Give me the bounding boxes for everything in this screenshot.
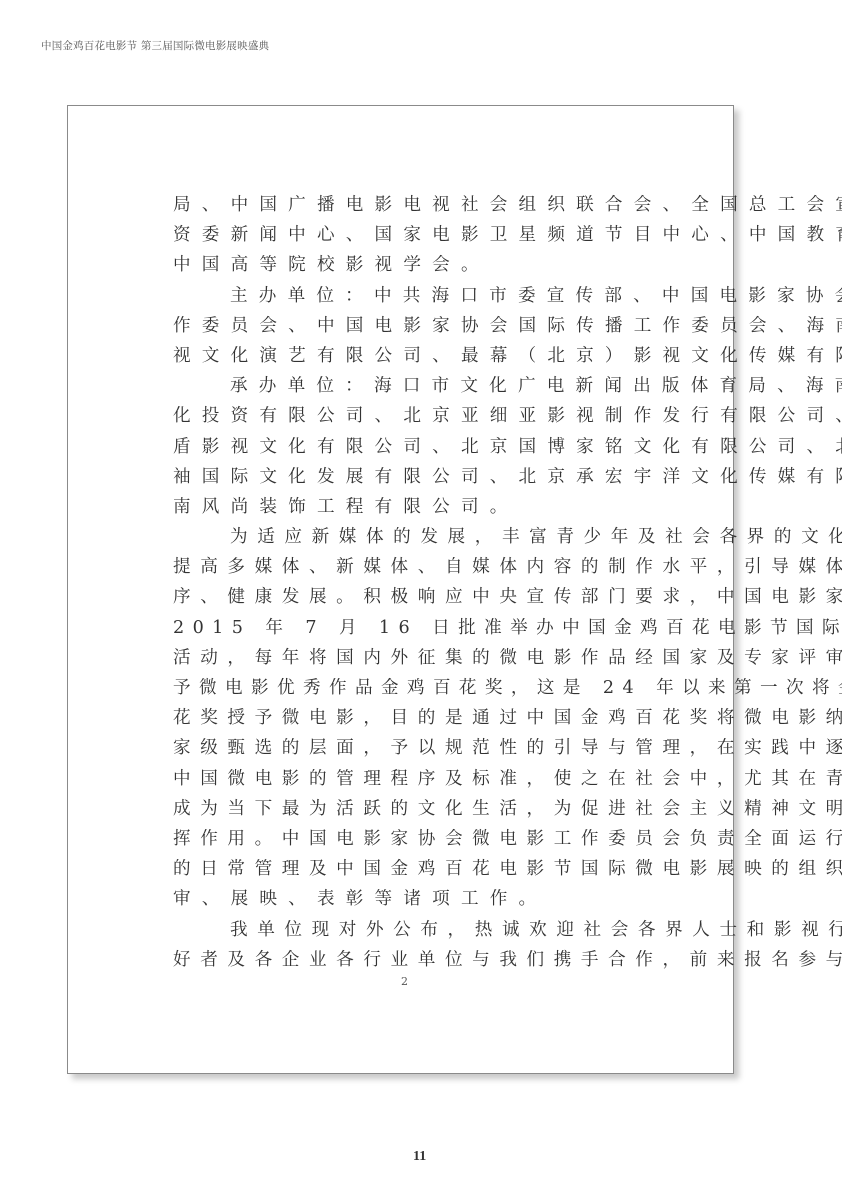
text-line: 中国微电影的管理程序及标准，使之在社会中，尤其在青少年中 [173, 764, 643, 794]
text-line: 成为当下最为活跃的文化生活，为促进社会主义精神文明建设发 [173, 794, 643, 824]
text-line: 好者及各企业各行业单位与我们携手合作，前来报名参与本次盛 [173, 945, 643, 975]
text-line: 作委员会、中国电影家协会国际传播工作委员会、海南省金盾影 [173, 311, 643, 341]
document-body: 局、中国广播电影电视社会组织联合会、全国总工会宣传部、国 资委新闻中心、国家电影… [173, 190, 643, 975]
text-line: 2015 年 7 月 16 日批准举办中国金鸡百花电影节国际微电影展映 [173, 613, 643, 643]
text-line: 花奖授予微电影，目的是通过中国金鸡百花奖将微电影纳入到国 [173, 703, 643, 733]
text-line: 袖国际文化发展有限公司、北京承宏宇洋文化传媒有限公司、海 [173, 462, 643, 492]
text-line: 南风尚装饰工程有限公司。 [173, 492, 643, 522]
text-line: 家级甄选的层面，予以规范性的引导与管理，在实践中逐步指定 [173, 733, 643, 763]
inner-page-number: 2 [401, 975, 408, 988]
text-line: 视文化演艺有限公司、最幕（北京）影视文化传媒有限公司。 [173, 341, 643, 371]
text-line: 序、健康发展。积极响应中央宣传部门要求，中国电影家协会于 [173, 582, 643, 612]
text-line: 挥作用。中国电影家协会微电影工作委员会负责全面运行微电影 [173, 824, 643, 854]
text-line: 的日常管理及中国金鸡百花电影节国际微电影展映的组织、评 [173, 854, 643, 884]
text-line: 资委新闻中心、国家电影卫星频道节目中心、中国教育电视台、 [173, 220, 643, 250]
text-line: 活动，每年将国内外征集的微电影作品经国家及专家评审后，授 [173, 643, 643, 673]
text-line: 予微电影优秀作品金鸡百花奖，这是 24 年以来第一次将金鸡百 [173, 673, 643, 703]
paragraph-purpose-start: 为适应新媒体的发展，丰富青少年及社会各界的文化生活， [173, 522, 643, 552]
paragraph-organizers-start: 主办单位：中共海口市委宣传部、中国电影家协会微电影工 [173, 281, 643, 311]
scanned-page: 局、中国广播电影电视社会组织联合会、全国总工会宣传部、国 资委新闻中心、国家电影… [67, 105, 734, 1074]
text-line: 盾影视文化有限公司、北京国博家铭文化有限公司、北京西海领 [173, 432, 643, 462]
running-header-title: 中国金鸡百花电影节 第三届国际微电影展映盛典 [41, 38, 269, 53]
text-line: 化投资有限公司、北京亚细亚影视制作发行有限公司、海南省金 [173, 401, 643, 431]
text-line: 局、中国广播电影电视社会组织联合会、全国总工会宣传部、国 [173, 190, 643, 220]
text-line: 提高多媒体、新媒体、自媒体内容的制作水平，引导媒体内容有 [173, 552, 643, 582]
text-line: 中国高等院校影视学会。 [173, 250, 643, 280]
page-number: 11 [413, 1149, 426, 1165]
text-line: 审、展映、表彰等诸项工作。 [173, 884, 643, 914]
paragraph-hosts-start: 承办单位：海口市文化广电新闻出版体育局、海南省金盾文 [173, 371, 643, 401]
paragraph-announcement-start: 我单位现对外公布，热诚欢迎社会各界人士和影视行业的爱 [173, 915, 643, 945]
